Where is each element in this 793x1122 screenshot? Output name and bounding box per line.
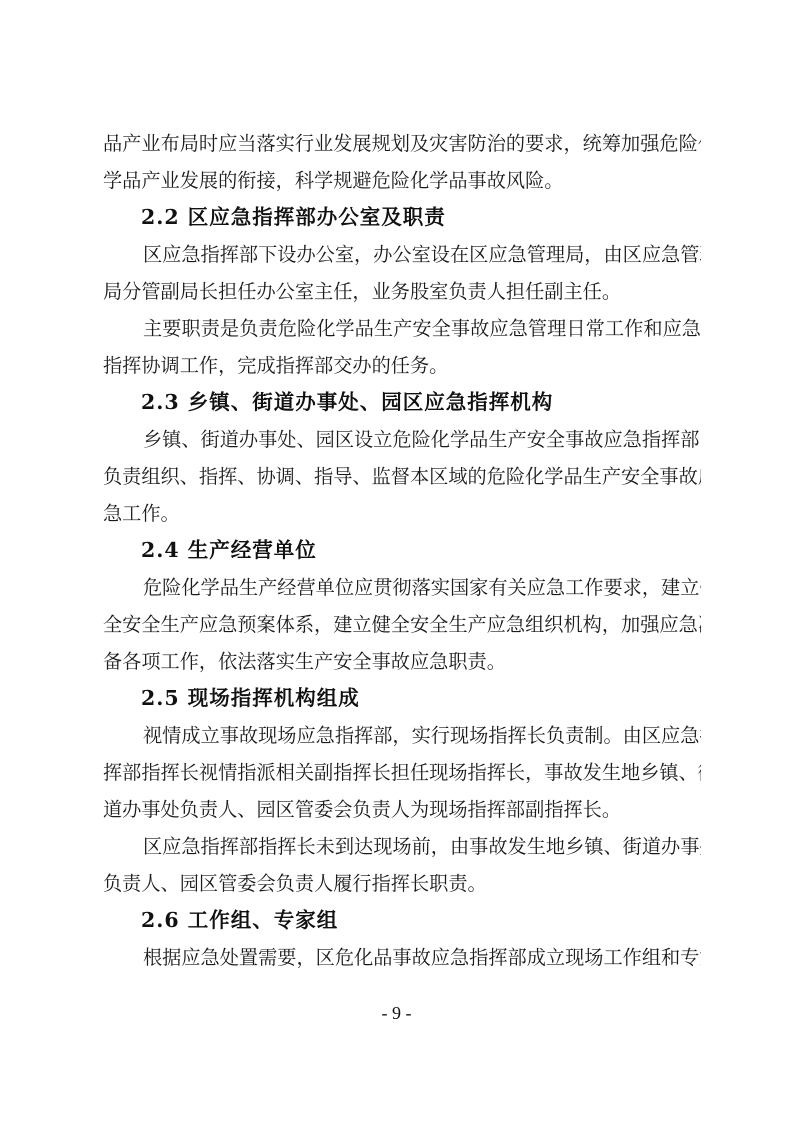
section-heading-2-3: 2.3 乡镇、街道办事处、园区应急指挥机构	[103, 384, 701, 421]
paragraph-line: 局分管副局长担任办公室主任，业务股室负责人担任副主任。	[103, 273, 701, 310]
section-heading-2-4: 2.4 生产经营单位	[103, 532, 701, 569]
paragraph-line: 备各项工作，依法落实生产安全事故应急职责。	[103, 643, 701, 680]
paragraph-line: 视情成立事故现场应急指挥部，实行现场指挥长负责制。由区应急指	[103, 717, 701, 754]
paragraph-line: 品产业布局时应当落实行业发展规划及灾害防治的要求，统筹加强危险化	[103, 125, 701, 162]
section-heading-2-5: 2.5 现场指挥机构组成	[103, 680, 701, 717]
paragraph-line: 乡镇、街道办事处、园区设立危险化学品生产安全事故应急指挥部，	[103, 421, 701, 458]
paragraph-line: 负责组织、指挥、协调、指导、监督本区域的危险化学品生产安全事故应	[103, 458, 701, 495]
paragraph-line: 根据应急处置需要，区危化品事故应急指挥部成立现场工作组和专家	[103, 939, 701, 976]
document-body: 品产业布局时应当落实行业发展规划及灾害防治的要求，统筹加强危险化 学品产业发展的…	[103, 125, 701, 976]
section-heading-2-6: 2.6 工作组、专家组	[103, 902, 701, 939]
paragraph-line: 挥部指挥长视情指派相关副指挥长担任现场指挥长，事故发生地乡镇、街	[103, 754, 701, 791]
paragraph-line: 道办事处负责人、园区管委会负责人为现场指挥部副指挥长。	[103, 791, 701, 828]
paragraph-line: 负责人、园区管委会负责人履行指挥长职责。	[103, 865, 701, 902]
section-heading-2-2: 2.2 区应急指挥部办公室及职责	[103, 199, 701, 236]
paragraph-line: 主要职责是负责危险化学品生产安全事故应急管理日常工作和应急	[103, 310, 701, 347]
paragraph-line: 区应急指挥部指挥长未到达现场前，由事故发生地乡镇、街道办事处	[103, 828, 701, 865]
page-number: - 9 -	[0, 1003, 793, 1024]
paragraph-line: 指挥协调工作，完成指挥部交办的任务。	[103, 347, 701, 384]
paragraph-line: 急工作。	[103, 495, 701, 532]
paragraph-line: 危险化学品生产经营单位应贯彻落实国家有关应急工作要求，建立健	[103, 569, 701, 606]
paragraph-line: 全安全生产应急预案体系，建立健全安全生产应急组织机构，加强应急准	[103, 606, 701, 643]
paragraph-line: 区应急指挥部下设办公室，办公室设在区应急管理局，由区应急管理	[103, 236, 701, 273]
paragraph-line: 学品产业发展的衔接，科学规避危险化学品事故风险。	[103, 162, 701, 199]
